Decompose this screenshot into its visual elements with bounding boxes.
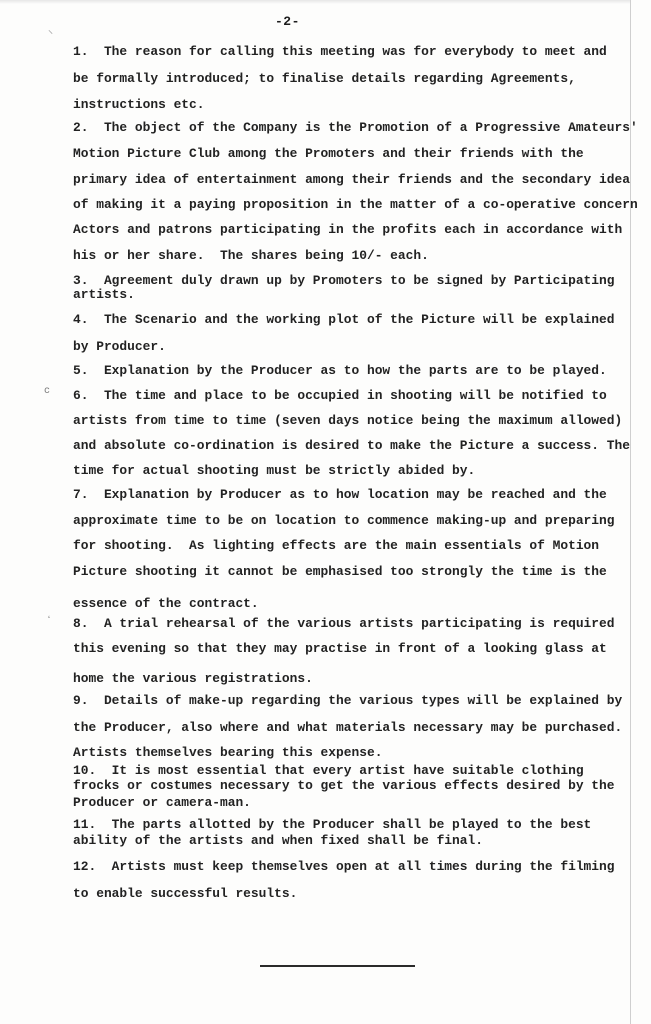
item-5-line-1: 5. Explanation by the Producer as to how… xyxy=(73,364,607,378)
item-10-line-2: frocks or costumes necessary to get the … xyxy=(73,779,615,793)
item-9-line-2: the Producer, also where and what materi… xyxy=(73,721,622,735)
document-page: ⸜ c ʻ -2- 1. The reason for calling this… xyxy=(0,0,651,1024)
margin-mark: ʻ xyxy=(46,616,52,627)
item-9-line-3: Artists themselves bearing this expense. xyxy=(73,746,382,760)
item-2-line-5: Actors and patrons participating in the … xyxy=(73,223,622,237)
item-3-line-2: artists. xyxy=(73,288,135,302)
page-right-edge xyxy=(630,0,631,1024)
item-1-line-3: instructions etc. xyxy=(73,98,205,112)
item-3-line-1: 3. Agreement duly drawn up by Promoters … xyxy=(73,274,615,288)
item-6-line-2: artists from time to time (seven days no… xyxy=(73,414,622,428)
item-6-line-3: and absolute co-ordination is desired to… xyxy=(73,439,630,453)
item-8-line-1: 8. A trial rehearsal of the various arti… xyxy=(73,617,615,631)
item-7-line-1: 7. Explanation by Producer as to how loc… xyxy=(73,488,607,502)
item-2-line-4: of making it a paying proposition in the… xyxy=(73,198,638,212)
item-2-line-1: 2. The object of the Company is the Prom… xyxy=(73,121,638,135)
scan-top-edge xyxy=(0,0,630,4)
closing-divider-line xyxy=(260,965,415,967)
item-1-line-2: be formally introduced; to finalise deta… xyxy=(73,72,576,86)
margin-mark: ⸜ xyxy=(48,22,53,37)
item-6-line-1: 6. The time and place to be occupied in … xyxy=(73,389,607,403)
item-2-line-6: his or her share. The shares being 10/- … xyxy=(73,249,429,263)
margin-mark: c xyxy=(44,386,50,397)
item-8-line-2: this evening so that they may practise i… xyxy=(73,642,607,656)
item-8-line-3: home the various registrations. xyxy=(73,672,313,686)
item-10-line-1: 10. It is most essential that every arti… xyxy=(73,764,584,778)
item-7-line-4: Picture shooting it cannot be emphasised… xyxy=(73,565,607,579)
page-number: -2- xyxy=(275,14,300,29)
item-4-line-1: 4. The Scenario and the working plot of … xyxy=(73,313,615,327)
item-11-line-1: 11. The parts allotted by the Producer s… xyxy=(73,818,591,832)
item-12-line-1: 12. Artists must keep themselves open at… xyxy=(73,860,615,874)
item-12-line-2: to enable successful results. xyxy=(73,887,297,901)
item-4-line-2: by Producer. xyxy=(73,340,166,354)
item-2-line-3: primary idea of entertainment among thei… xyxy=(73,173,630,187)
item-7-line-3: for shooting. As lighting effects are th… xyxy=(73,539,599,553)
item-7-line-2: approximate time to be on location to co… xyxy=(73,514,615,528)
item-10-line-3: Producer or camera-man. xyxy=(73,796,251,810)
item-6-line-4: time for actual shooting must be strictl… xyxy=(73,464,475,478)
item-7-line-5: essence of the contract. xyxy=(73,597,259,611)
item-9-line-1: 9. Details of make-up regarding the vari… xyxy=(73,694,622,708)
item-1-line-1: 1. The reason for calling this meeting w… xyxy=(73,45,607,59)
item-11-line-2: ability of the artists and when fixed sh… xyxy=(73,834,483,848)
item-2-line-2: Motion Picture Club among the Promoters … xyxy=(73,147,584,161)
